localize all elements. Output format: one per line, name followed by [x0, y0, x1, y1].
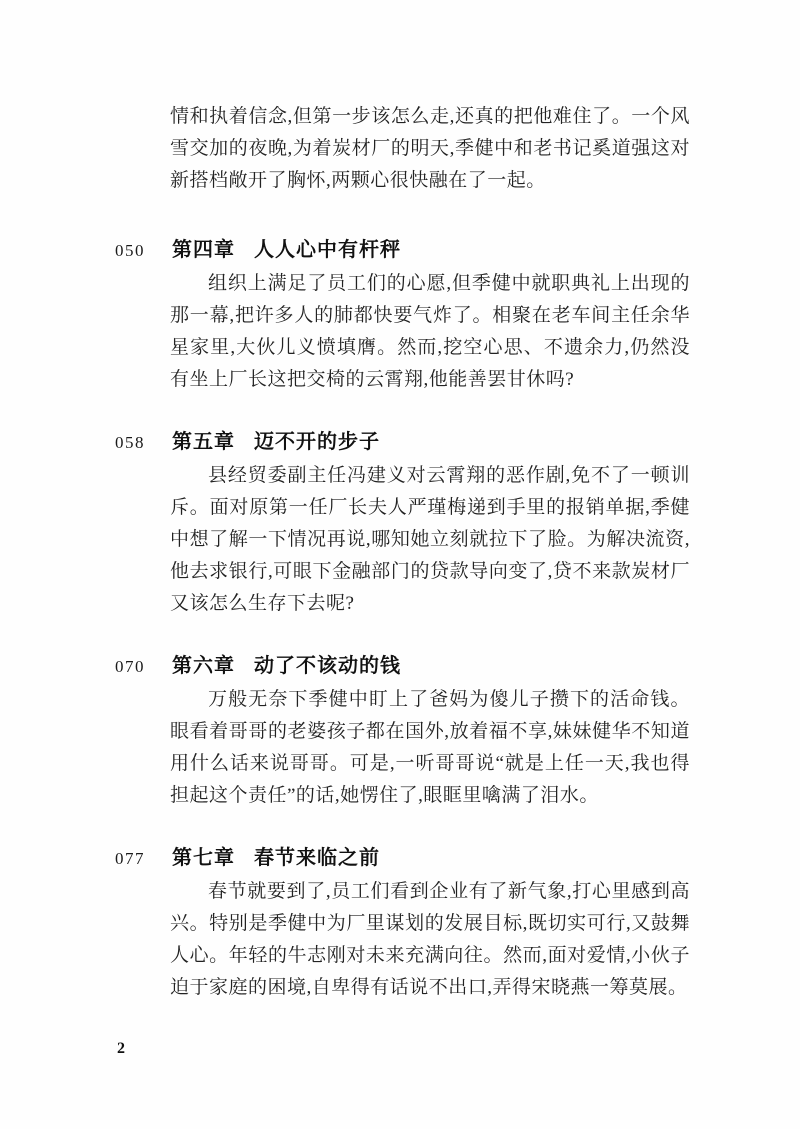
- chapter-page-number: 050: [115, 235, 172, 267]
- chapter-summary: 县经贸委副主任冯建义对云霄翔的恶作剧,免不了一顿训斥。面对原第一任厂长夫人严瑾梅…: [170, 460, 690, 620]
- chapter-title: 第六章动了不该动的钱: [172, 650, 401, 682]
- chapter-page-number: 058: [115, 427, 172, 459]
- chapter-entry: 070 第六章动了不该动的钱 万般无奈下季健中盯上了爸妈为傻儿子攒下的活命钱。眼…: [115, 650, 690, 812]
- chapter-label: 第七章: [172, 847, 235, 869]
- chapter-label: 第六章: [172, 655, 235, 677]
- chapter-title: 第四章人人心中有杆秤: [172, 234, 401, 266]
- chapter-name: 人人心中有杆秤: [254, 239, 401, 261]
- chapter-summary: 万般无奈下季健中盯上了爸妈为傻儿子攒下的活命钱。眼看着哥哥的老婆孩子都在国外,放…: [170, 684, 690, 812]
- chapter-heading: 058 第五章迈不开的步子: [115, 426, 690, 459]
- chapter-summary: 组织上满足了员工们的心愿,但季健中就职典礼上出现的那一幕,把许多人的肺都快要气炸…: [170, 268, 690, 396]
- intro-paragraph: 情和执着信念,但第一步该怎么走,还真的把他难住了。一个风雪交加的夜晚,为着炭材厂…: [170, 101, 690, 197]
- chapter-heading: 050 第四章人人心中有杆秤: [115, 234, 690, 267]
- toc-content: 情和执着信念,但第一步该怎么走,还真的把他难住了。一个风雪交加的夜晚,为着炭材厂…: [115, 101, 690, 1004]
- chapter-title: 第五章迈不开的步子: [172, 426, 380, 458]
- chapter-summary: 春节就要到了,员工们看到企业有了新气象,打心里感到高兴。特别是季健中为厂里谋划的…: [170, 876, 690, 1004]
- chapter-heading: 070 第六章动了不该动的钱: [115, 650, 690, 683]
- chapter-page-number: 077: [115, 843, 172, 875]
- chapter-entry: 077 第七章春节来临之前 春节就要到了,员工们看到企业有了新气象,打心里感到高…: [115, 842, 690, 1004]
- chapter-title: 第七章春节来临之前: [172, 842, 380, 874]
- chapter-heading: 077 第七章春节来临之前: [115, 842, 690, 875]
- book-page: 情和执着信念,但第一步该怎么走,还真的把他难住了。一个风雪交加的夜晚,为着炭材厂…: [0, 0, 800, 1129]
- chapter-label: 第四章: [172, 239, 235, 261]
- chapter-page-number: 070: [115, 651, 172, 683]
- chapter-name: 春节来临之前: [254, 847, 380, 869]
- chapter-name: 迈不开的步子: [254, 431, 380, 453]
- page-number: 2: [117, 1036, 125, 1062]
- chapter-name: 动了不该动的钱: [254, 655, 401, 677]
- chapter-label: 第五章: [172, 431, 235, 453]
- chapter-entry: 058 第五章迈不开的步子 县经贸委副主任冯建义对云霄翔的恶作剧,免不了一顿训斥…: [115, 426, 690, 620]
- chapter-entry: 050 第四章人人心中有杆秤 组织上满足了员工们的心愿,但季健中就职典礼上出现的…: [115, 234, 690, 396]
